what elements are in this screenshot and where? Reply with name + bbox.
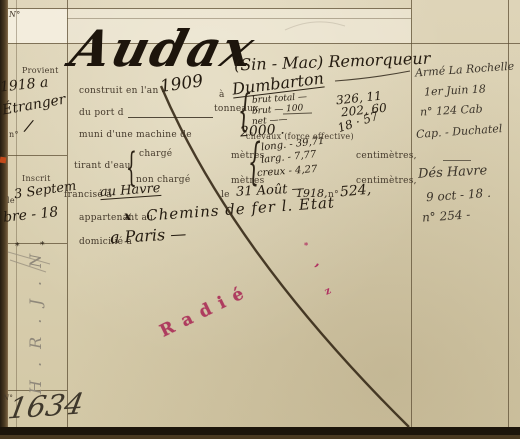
vessel-name: Audax — [66, 24, 261, 74]
appartenant-label: appartenant au — [79, 213, 153, 223]
tirant-label: tirant d'eau — [74, 161, 131, 171]
centimetres-label-1: centimètres, — [356, 151, 417, 161]
port-blank-line — [128, 117, 213, 118]
built-label: construit en l'an — [79, 86, 159, 96]
owner: Chemins de fer l. Etat — [146, 195, 336, 223]
francise-number: 524, — [339, 183, 371, 200]
vessel-subtitle: (Sin - Mac) Remorqueur — [234, 51, 431, 74]
margin-vertical-text: H . R . J . N — [28, 247, 44, 397]
bottom-number: 1634 — [6, 389, 86, 423]
rule-top — [0, 8, 411, 9]
bottom-border — [0, 427, 520, 435]
right-note-7: n° 254 - — [422, 208, 471, 223]
charge-label: chargé — [139, 149, 172, 159]
machine-label: muni d'une machine de — [79, 130, 192, 140]
ink-speck-1: , — [313, 254, 323, 271]
provient-value-2: Étranger — [1, 93, 66, 118]
radie-stamp: Radié — [157, 262, 292, 341]
right-note-overline — [443, 160, 471, 161]
dimension-3: creux - 4,27 — [257, 165, 318, 179]
domicile: a Paris — — [110, 226, 187, 246]
at-label: à — [219, 90, 225, 100]
built-year: 1909 — [159, 73, 204, 96]
provient-label: Provient — [22, 66, 59, 75]
provient-value-1: 1918 a — [0, 76, 49, 95]
subtitle-underline-flourish — [335, 71, 410, 81]
right-note-3: n° 124 Cab — [420, 103, 483, 117]
le-label: le — [221, 190, 230, 200]
ink-speck-2: z — [323, 285, 333, 297]
inscrit-date-2: bre - 18 — [2, 205, 59, 225]
bottom-border-shadow — [0, 435, 520, 439]
red-margin-mark — [0, 157, 6, 164]
margin-mark-1: * — [15, 243, 20, 252]
right-note-6: 9 oct - 18 . — [426, 187, 491, 203]
right-note-2: 1er Juin 18 — [424, 83, 486, 97]
port-label: du port d — [79, 108, 124, 118]
inscrit-label: Inscrit — [22, 174, 51, 183]
owner-mark: x — [124, 210, 131, 222]
right-note-5: Dés Havre — [418, 164, 488, 181]
left-number-label: n° — [9, 130, 19, 139]
right-note-4: Cap. - Duchatel — [416, 123, 503, 140]
francise-place: au Havre — [100, 182, 161, 200]
top-number-label: N° — [9, 10, 21, 19]
left-number-value: / — [24, 118, 33, 135]
ship-registry-sheet: N° Provient 1918 a Étranger n° / Inscrit… — [0, 0, 520, 439]
ink-speck-3: * — [304, 240, 308, 250]
